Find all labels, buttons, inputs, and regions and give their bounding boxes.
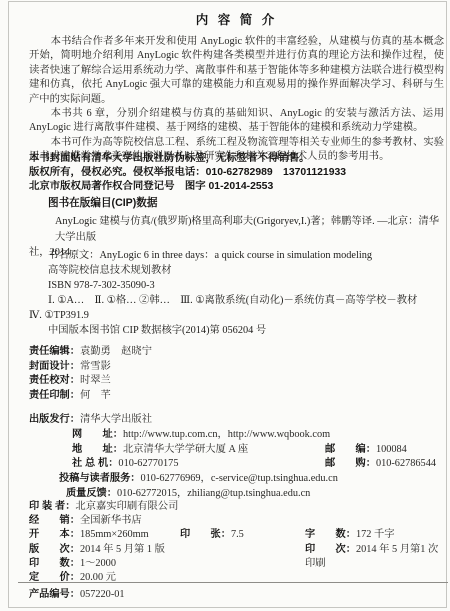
distributor-row: 经 销：全国新华书店	[29, 514, 444, 528]
edition-label: 版 次：	[29, 544, 80, 555]
cip-record-number: 中国版本图书馆 CIP 数据核字(2014)第 056204 号	[48, 324, 444, 338]
distributor-name: 全国新华书店	[80, 515, 142, 526]
product-number-line: 产品编号：057220-01	[29, 588, 125, 602]
editor-label: 责任编辑：	[29, 346, 80, 357]
printer-label: 印 装 者：	[29, 501, 75, 512]
price-row: 定 价：20.00 元	[29, 571, 444, 585]
original-title-line: 书名原文：AnyLogic 6 in three days：a quick co…	[48, 248, 444, 263]
cover-design-label: 封面设计：	[29, 361, 80, 372]
publisher-name: 清华大学出版社	[80, 414, 152, 425]
address-value: 北京清华大学学研大厦 A 座	[123, 444, 248, 455]
page-content: 内 容 简 介 本书结合作者多年来开发和使用 AnyLogic 软件的丰富经验，…	[29, 0, 444, 611]
impression-label: 印 次：	[305, 544, 356, 555]
print-supervisor-label: 责任印制：	[29, 390, 80, 401]
website-label: 网 址：	[72, 429, 123, 440]
reader-service-label: 投稿与读者服务：	[59, 473, 141, 484]
notice-line-registration-number: 北京市版权局著作权合同登记号 图字 01-2014-2553	[29, 180, 444, 194]
cip-data-header: 图书在版编目(CIP)数据	[48, 196, 444, 210]
publisher-row: 出版发行：清华大学出版社	[29, 413, 444, 428]
website-row: 网 址：http://www.tup.com.cn，http://www.wqb…	[72, 428, 444, 443]
quality-feedback-contact: 010-62772015，zhiliang@tup.tsinghua.edu.c…	[117, 488, 310, 499]
staff-row-print-supervisor: 责任印制：何 芊	[29, 389, 444, 404]
quality-feedback-label: 质量反馈：	[66, 488, 117, 499]
sheet-count-value: 7.5	[231, 529, 244, 540]
intro-paragraph-1: 本书结合作者多年来开发和使用 AnyLogic 软件的丰富经验，从建模与仿真的基…	[29, 35, 444, 107]
address-row: 地 址：北京清华大学学研大厦 A 座 邮 编：100084	[72, 443, 444, 458]
cip-classification: Ⅰ. ①A… Ⅱ. ①格… ②韩… Ⅲ. ①离散系统(自动化)－系统仿真－高等学…	[29, 293, 444, 323]
format-value: 185mm×260mm	[80, 529, 149, 540]
notice-line-security-label: 本书封面贴有清华大学出版社防伪标签，无标签者不得销售。	[29, 152, 444, 166]
print-spec-section: 印 装 者：北京嘉实印刷有限公司 经 销：全国新华书店 开 本：185mm×26…	[29, 500, 444, 585]
switchboard-phone: 010-62770175	[118, 458, 178, 469]
postcode-value: 100084	[376, 444, 407, 455]
word-count-label: 字 数：	[305, 529, 356, 540]
product-number-value: 057220-01	[80, 589, 125, 600]
print-run-row: 印 数：1～2000	[29, 557, 444, 571]
printer-name: 北京嘉实印刷有限公司	[75, 501, 178, 512]
sheet-count-label: 印 张：	[180, 529, 231, 540]
distributor-label: 经 销：	[29, 515, 80, 526]
classification-line-1: Ⅰ. ①A… Ⅱ. ①格… ②韩… Ⅲ. ①离散系统(自动化)－系统仿真－高等学…	[48, 293, 444, 308]
staff-row-cover-design: 封面设计：常雪影	[29, 360, 444, 375]
classification-line-2: Ⅳ. ①TP391.9	[29, 308, 444, 323]
printer-row: 印 装 者：北京嘉实印刷有限公司	[29, 500, 444, 514]
print-run-label: 印 数：	[29, 558, 80, 569]
editor-names: 袁勤勇 赵晓宁	[80, 346, 152, 357]
isbn-line: ISBN 978-7-302-35090-3	[48, 278, 444, 293]
format-label: 开 本：	[29, 529, 80, 540]
switchboard-row: 社 总 机：010-62770175 邮 购：010-62786544	[72, 457, 444, 472]
mail-order-cell: 邮 购：010-62786544	[325, 457, 436, 472]
word-count-cell: 字 数：172 千字	[305, 528, 395, 542]
staff-row-editor: 责任编辑：袁勤勇 赵晓宁	[29, 345, 444, 360]
notice-line-copyright-hotline: 版权所有，侵权必究。侵权举报电话：010-62782989 1370112193…	[29, 166, 444, 180]
content-summary-section: 本书结合作者多年来开发和使用 AnyLogic 软件的丰富经验，从建模与仿真的基…	[29, 35, 444, 165]
anti-piracy-notice: 本书封面贴有清华大学出版社防伪标签，无标签者不得销售。 版权所有，侵权必究。侵权…	[29, 152, 444, 194]
proofreader-name: 时翠兰	[80, 375, 111, 386]
sheet-count-cell: 印 张：7.5	[180, 528, 244, 542]
publisher-info-section: 出版发行：清华大学出版社 网 址：http://www.tup.com.cn，h…	[29, 413, 444, 502]
reader-service-row: 投稿与读者服务：010-62776969，c-service@tup.tsing…	[59, 472, 444, 487]
content-summary-title: 内 容 简 介	[29, 13, 444, 27]
intro-paragraph-2: 本书共 6 章，分别介绍建模与仿真的基础知识、AnyLogic 的安装与激活方法…	[29, 107, 444, 136]
edition-row: 版 次：2014 年 5 月第 1 版 印 次：2014 年 5 月第1 次印刷	[29, 543, 444, 557]
switchboard-label: 社 总 机：	[72, 458, 118, 469]
address-label: 地 址：	[72, 444, 123, 455]
footer-divider	[18, 582, 448, 583]
reader-service-contact: 010-62776969，c-service@tup.tsinghua.edu.…	[141, 473, 338, 484]
series-title-line: 高等院校信息技术规划教材	[48, 263, 444, 278]
postcode-label: 邮 编：	[325, 444, 376, 455]
proofreader-label: 责任校对：	[29, 375, 80, 386]
website-urls: http://www.tup.com.cn，http://www.wqbook.…	[123, 429, 330, 440]
mail-order-phone: 010-62786544	[376, 458, 436, 469]
cover-design-name: 常雪影	[80, 361, 111, 372]
staff-row-proofreader: 责任校对：时翠兰	[29, 374, 444, 389]
staff-credits-section: 责任编辑：袁勤勇 赵晓宁 封面设计：常雪影 责任校对：时翠兰 责任印制：何 芊	[29, 345, 444, 403]
cip-entry-line-1: AnyLogic 建模与仿真/(俄罗斯)格里高利耶夫(Grigoryev,I.)…	[55, 214, 444, 245]
mail-order-label: 邮 购：	[325, 458, 376, 469]
print-supervisor-name: 何 芊	[80, 390, 111, 401]
cip-book-details: 书名原文：AnyLogic 6 in three days：a quick co…	[29, 248, 444, 294]
book-copyright-page: { "page": { "title": "内 容 简 介" }, "intro…	[0, 0, 450, 611]
product-number-label: 产品编号：	[29, 589, 80, 600]
word-count-value: 172 千字	[356, 529, 395, 540]
edition-value: 2014 年 5 月第 1 版	[80, 544, 165, 555]
publisher-label: 出版发行：	[29, 414, 80, 425]
postcode-cell: 邮 编：100084	[325, 443, 407, 458]
format-row: 开 本：185mm×260mm 印 张：7.5 字 数：172 千字	[29, 528, 444, 542]
print-run-value: 1～2000	[80, 558, 116, 569]
